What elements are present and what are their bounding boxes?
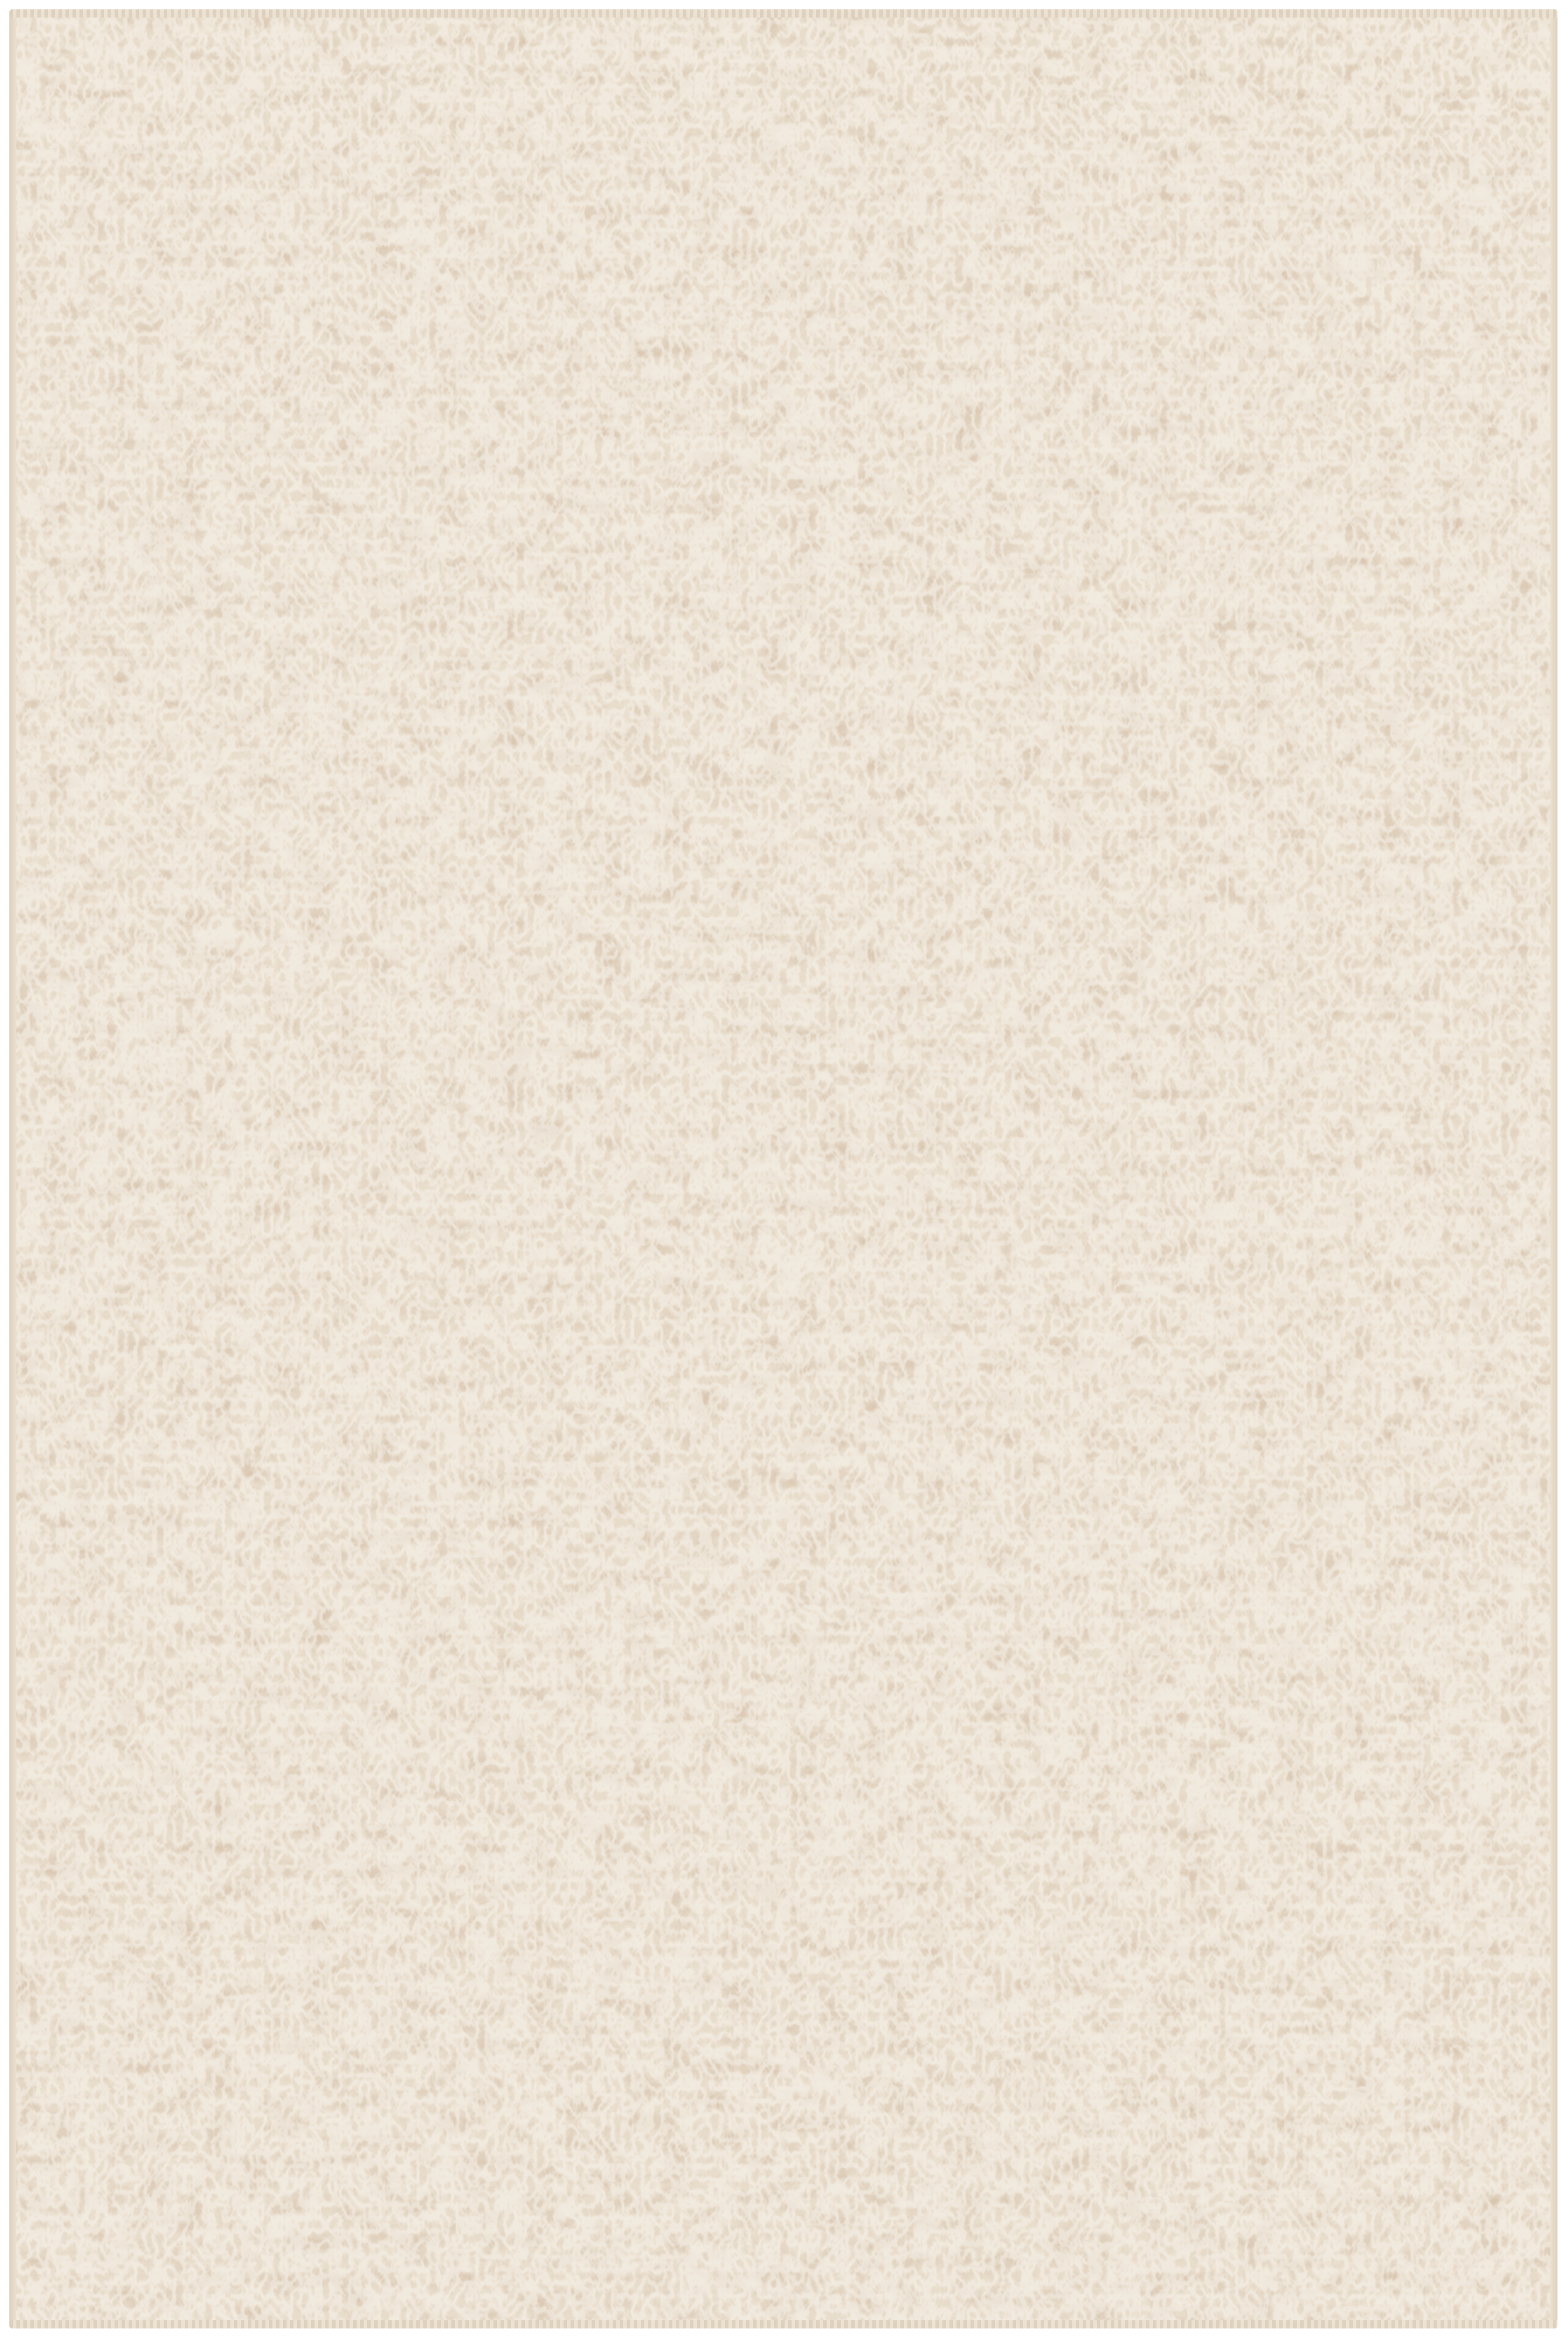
rug-right-edge bbox=[1550, 9, 1557, 2328]
rug-left-edge bbox=[9, 9, 16, 2328]
rug-pattern bbox=[9, 9, 1557, 2328]
rug bbox=[9, 9, 1557, 2328]
rug-top-edge bbox=[9, 9, 1557, 18]
rug-bottom-edge bbox=[9, 2320, 1557, 2328]
